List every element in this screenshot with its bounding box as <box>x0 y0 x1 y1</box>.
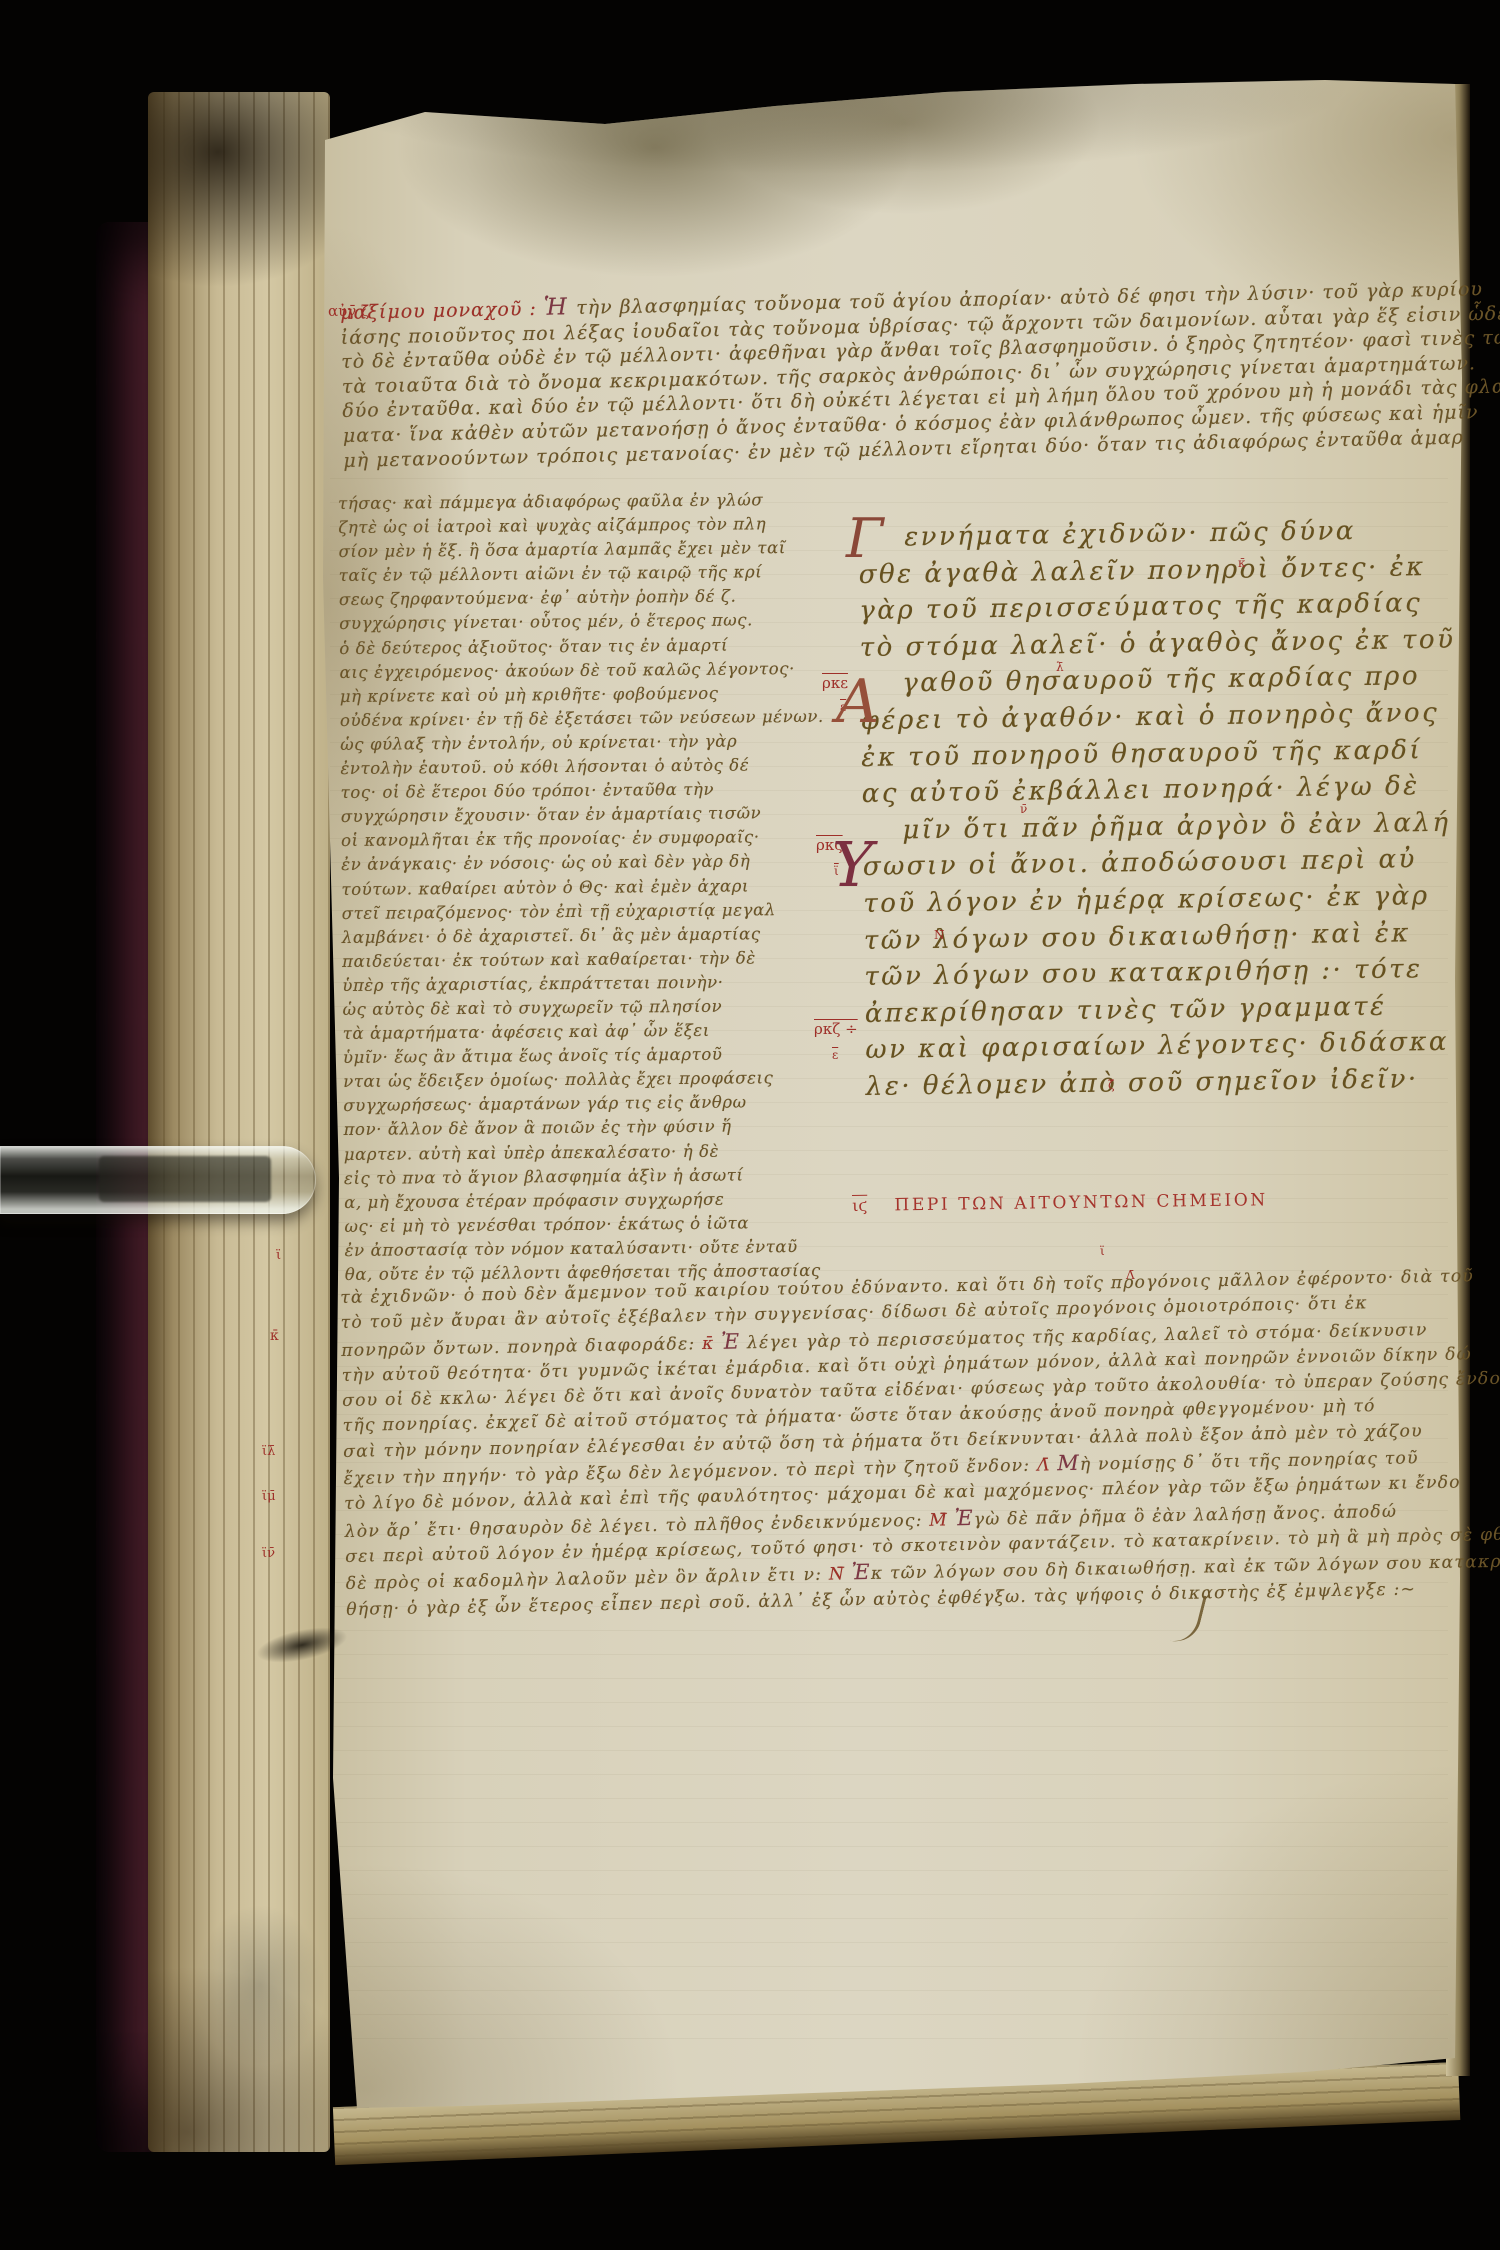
text-line: ταῖς ἐν τῷ μέλλοντι αἰῶνι ἐν τῷ καιρῷ τῆ… <box>339 560 837 588</box>
red-reference-mark: ρκζ ÷ <box>814 1020 858 1038</box>
red-reference-mark: Ν̄ <box>934 928 945 942</box>
red-reference-mark: ε <box>832 1048 838 1062</box>
text-line: αις ἐγχειρόμενος· ἀκούων δὲ τοῦ καλῶς λέ… <box>339 656 837 684</box>
red-reference-mark: λ̄ <box>1056 660 1064 674</box>
gospel-text-column: εννήματα ἐχιδνῶν· πῶς δύνασθε ἀγαθὰ λαλε… <box>858 512 1426 1105</box>
text-line: στεῖ πειραζόμενος· τὸν ἐπὶ τῇ εὐχαριστίᾳ… <box>342 897 840 925</box>
red-reference-mark: κ̄ <box>270 1328 279 1344</box>
red-reference-mark: αὐγ̄ ζ̄ <box>328 302 369 320</box>
text-line: νται ὡς ἔδειξεν ὁμοίως· πολλὰς ἔχει προφ… <box>343 1066 841 1094</box>
chapter-number: ιϛ <box>852 1196 867 1215</box>
red-reference-mark: ϊλ̄ <box>262 1444 275 1459</box>
red-reference-mark: ν̄ <box>1020 802 1027 816</box>
page-holder-clip <box>0 1146 316 1214</box>
red-reference-mark: ϊ <box>1100 1244 1105 1258</box>
red-reference-mark: ϊ <box>276 1248 281 1263</box>
manuscript-photograph: μαξίμου μοναχοῦ : Ἡ τὴν βλασφημίας τοὔνο… <box>0 0 1500 2250</box>
commentary-bottom-block: τὰ ἐχιδνῶν· ὁ ποὺ δὲν ἄμεμνον τοῦ καιρίο… <box>340 1265 1432 1623</box>
red-reference-mark: κ̄ <box>1238 556 1246 570</box>
decorated-initial-Α: Α <box>836 672 879 732</box>
page-edges-left-gutter <box>148 92 330 2152</box>
catena-header-block: μαξίμου μοναχοῦ : Ἡ τὴν βλασφημίας τοὔνο… <box>340 277 1425 473</box>
text-line: οὐδένα κρίνει· ἐν τῇ δὲ ἐξετάσει τῶν νεύ… <box>340 704 838 732</box>
decorated-initial-Γ: Γ <box>846 512 883 566</box>
text-line: λε· θέλομεν ἀπὸ σοῦ σημεῖον ἰδεῖν· <box>866 1061 1426 1105</box>
commentary-left-column: τήσας· καὶ πάμμεγα ἀδιαφόρως φαῦλα ἐν γλ… <box>338 488 843 1287</box>
red-reference-mark: ζ̄ <box>1108 1078 1115 1092</box>
red-reference-mark: Λ̄ <box>1126 1268 1135 1282</box>
red-reference-mark: ϊν̄ <box>262 1546 275 1561</box>
red-reference-mark: ϊμ̄ <box>262 1489 276 1504</box>
faint-smudge <box>195 1905 325 2065</box>
page-holder-clip-core <box>99 1156 271 1202</box>
decorated-initial-Υ: Υ <box>832 834 873 896</box>
